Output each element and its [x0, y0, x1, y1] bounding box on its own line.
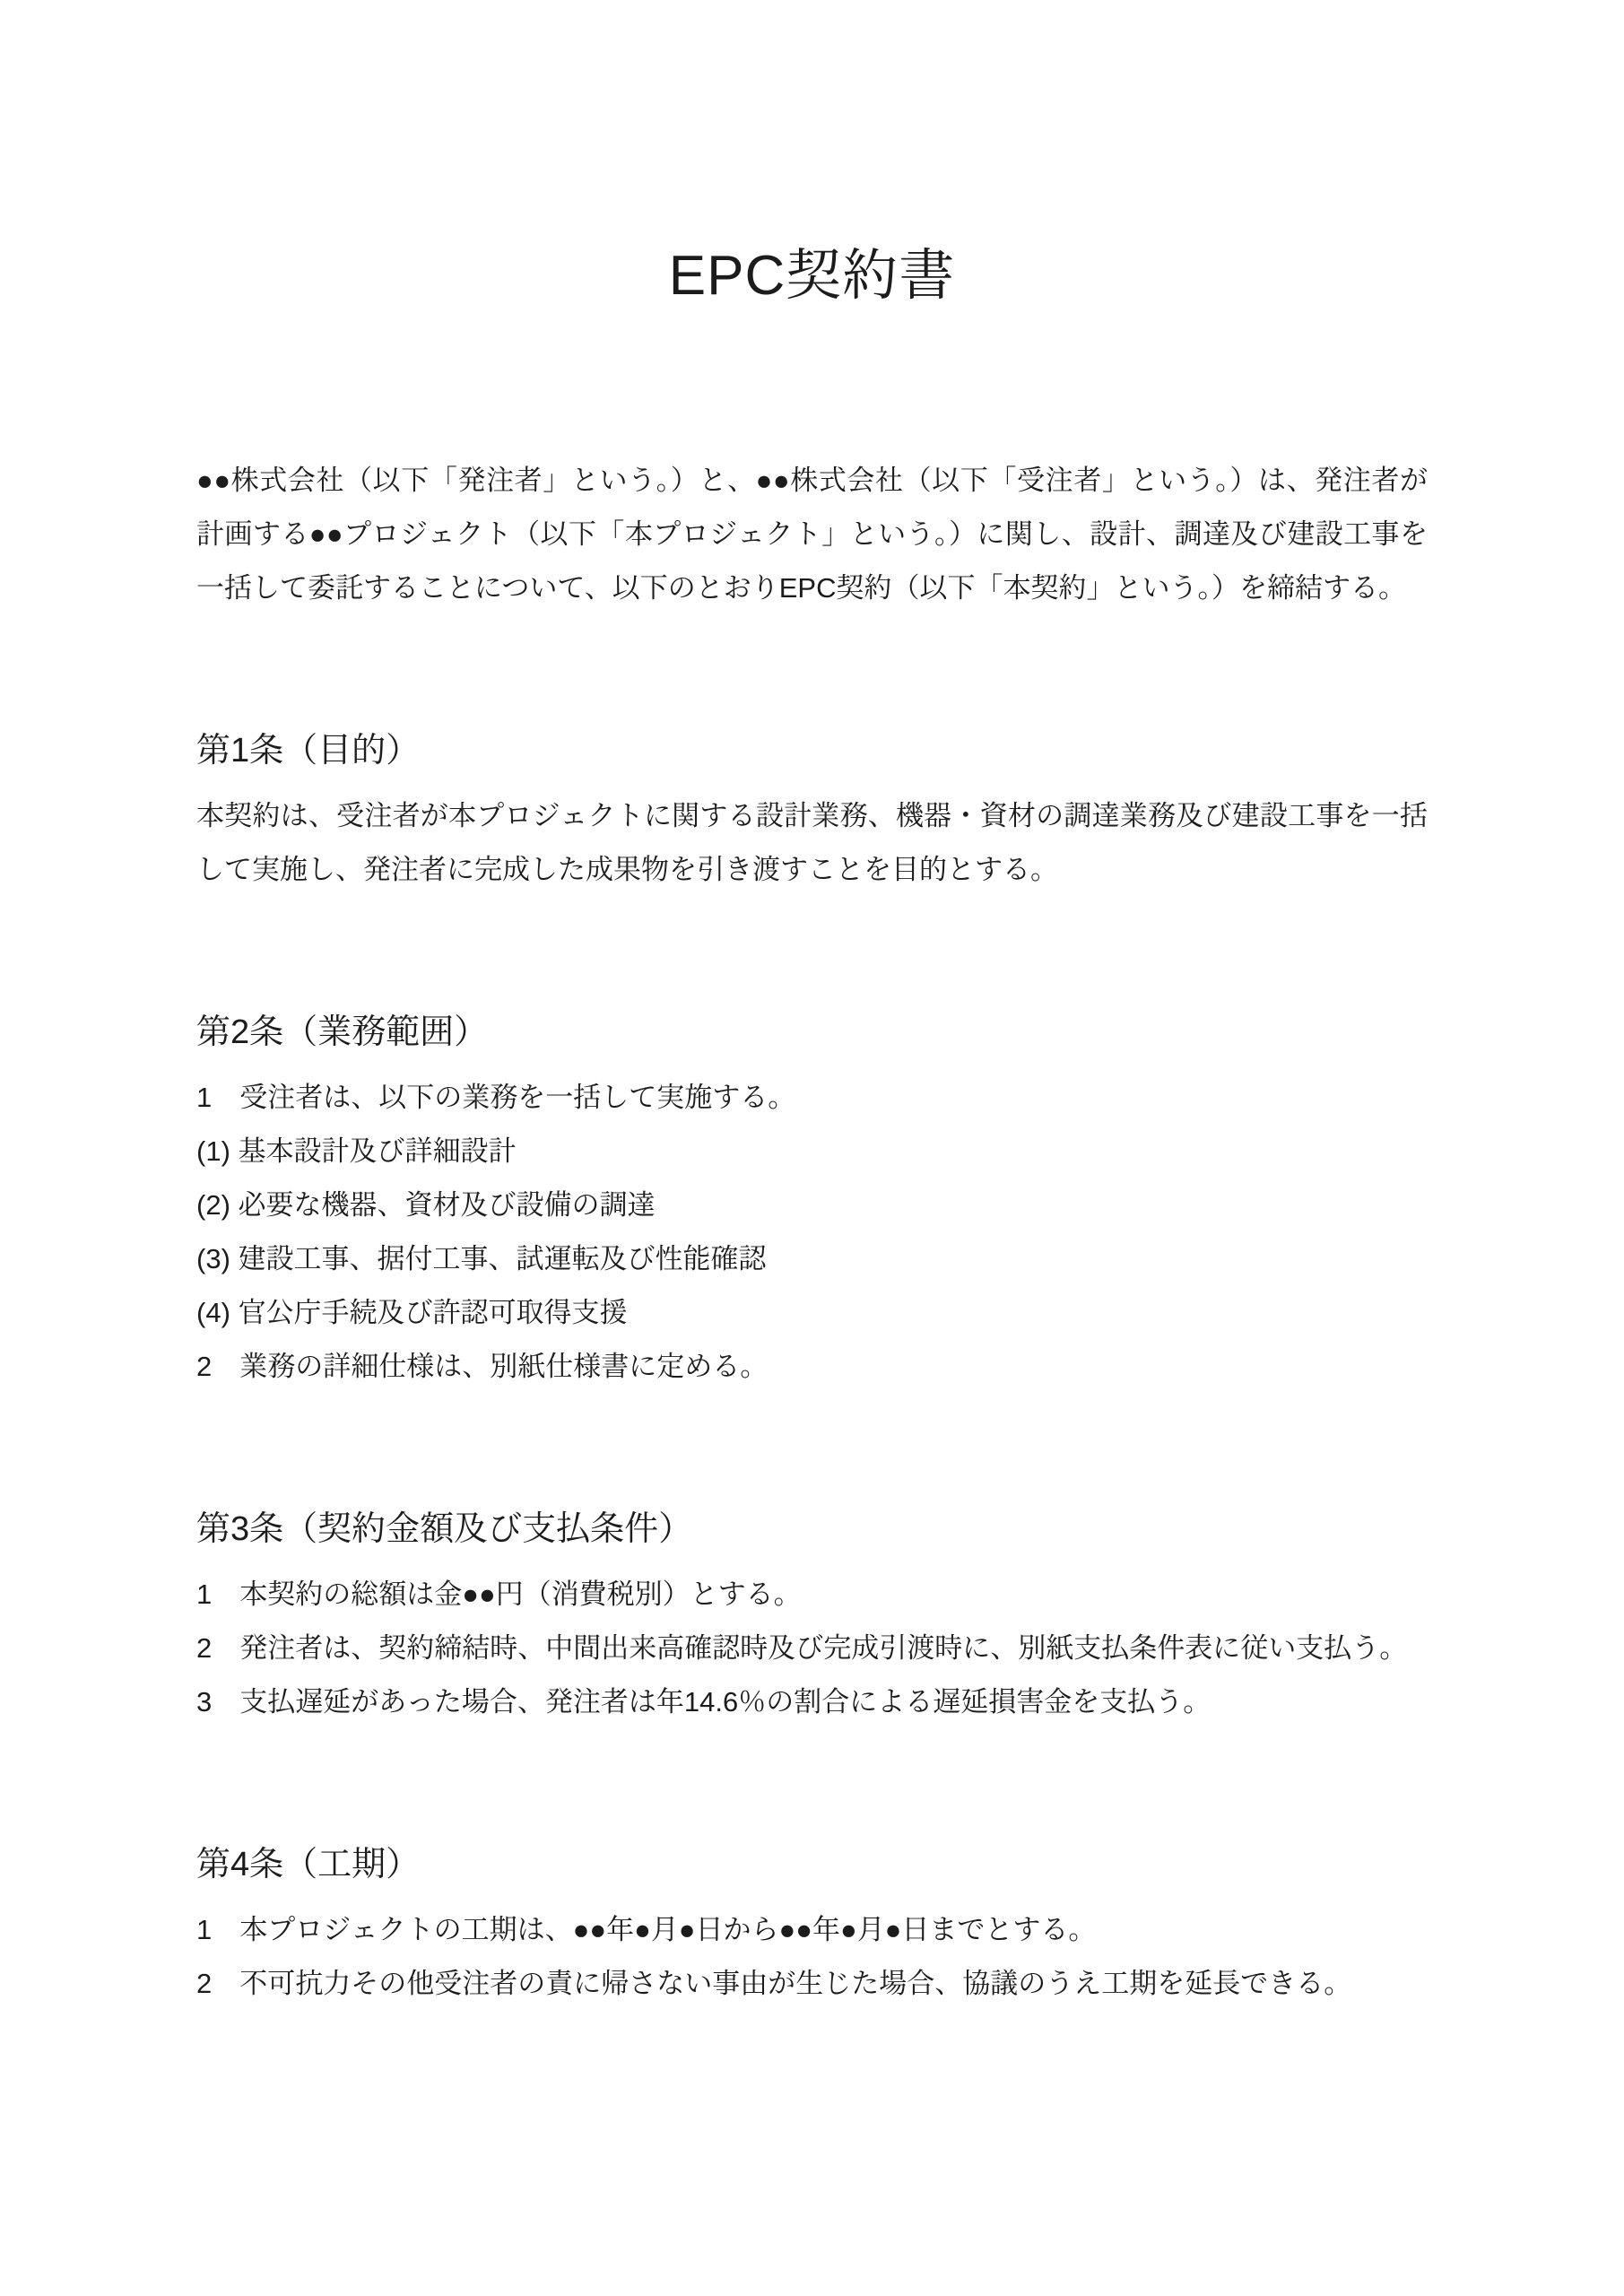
- article-2-heading: 第2条（業務範囲）: [196, 998, 1428, 1066]
- article-1-paragraph: 本契約は、受注者が本プロジェクトに関する設計業務、機器・資材の調達業務及び建設工…: [196, 789, 1428, 897]
- document-title: EPC契約書: [196, 242, 1428, 310]
- article-3-heading: 第3条（契約金額及び支払条件）: [196, 1495, 1428, 1563]
- section-article-3: 第3条（契約金額及び支払条件） 1 本契約の総額は金●●円（消費税別）とする。 …: [196, 1495, 1428, 1729]
- document-page: EPC契約書 ●●株式会社（以下「発注者」という。）と、●●株式会社（以下「受注…: [0, 0, 1624, 2296]
- article-4-clause-2: 2 不可抗力その他受注者の責に帰さない事由が生じた場合、協議のうえ工期を延長でき…: [196, 1957, 1428, 2011]
- preamble-paragraph: ●●株式会社（以下「発注者」という。）と、●●株式会社（以下「受注者」という。）…: [196, 454, 1428, 615]
- article-4-clause-1: 1 本プロジェクトの工期は、●●年●月●日から●●年●月●日までとする。: [196, 1903, 1428, 1957]
- article-1-heading: 第1条（目的）: [196, 717, 1428, 785]
- article-2-list-item-4: (4) 官公庁手続及び許認可取得支援: [196, 1286, 1428, 1340]
- section-article-4: 第4条（工期） 1 本プロジェクトの工期は、●●年●月●日から●●年●月●日まで…: [196, 1831, 1428, 2011]
- article-2-list-item-3: (3) 建設工事、据付工事、試運転及び性能確認: [196, 1232, 1428, 1286]
- article-4-heading: 第4条（工期）: [196, 1831, 1428, 1899]
- article-2-list-item-1: (1) 基本設計及び詳細設計: [196, 1125, 1428, 1178]
- article-2-list-item-2: (2) 必要な機器、資材及び設備の調達: [196, 1178, 1428, 1232]
- article-3-clause-3: 3 支払遅延があった場合、発注者は年14.6％の割合による遅延損害金を支払う。: [196, 1675, 1428, 1729]
- article-2-clause-1: 1 受注者は、以下の業務を一括して実施する。: [196, 1071, 1428, 1125]
- article-2-clause-2: 2 業務の詳細仕様は、別紙仕様書に定める。: [196, 1340, 1428, 1394]
- article-3-clause-1: 1 本契約の総額は金●●円（消費税別）とする。: [196, 1568, 1428, 1622]
- section-article-2: 第2条（業務範囲） 1 受注者は、以下の業務を一括して実施する。 (1) 基本設…: [196, 998, 1428, 1394]
- article-3-clause-2: 2 発注者は、契約締結時、中間出来高確認時及び完成引渡時に、別紙支払条件表に従い…: [196, 1622, 1428, 1675]
- section-article-1: 第1条（目的） 本契約は、受注者が本プロジェクトに関する設計業務、機器・資材の調…: [196, 717, 1428, 897]
